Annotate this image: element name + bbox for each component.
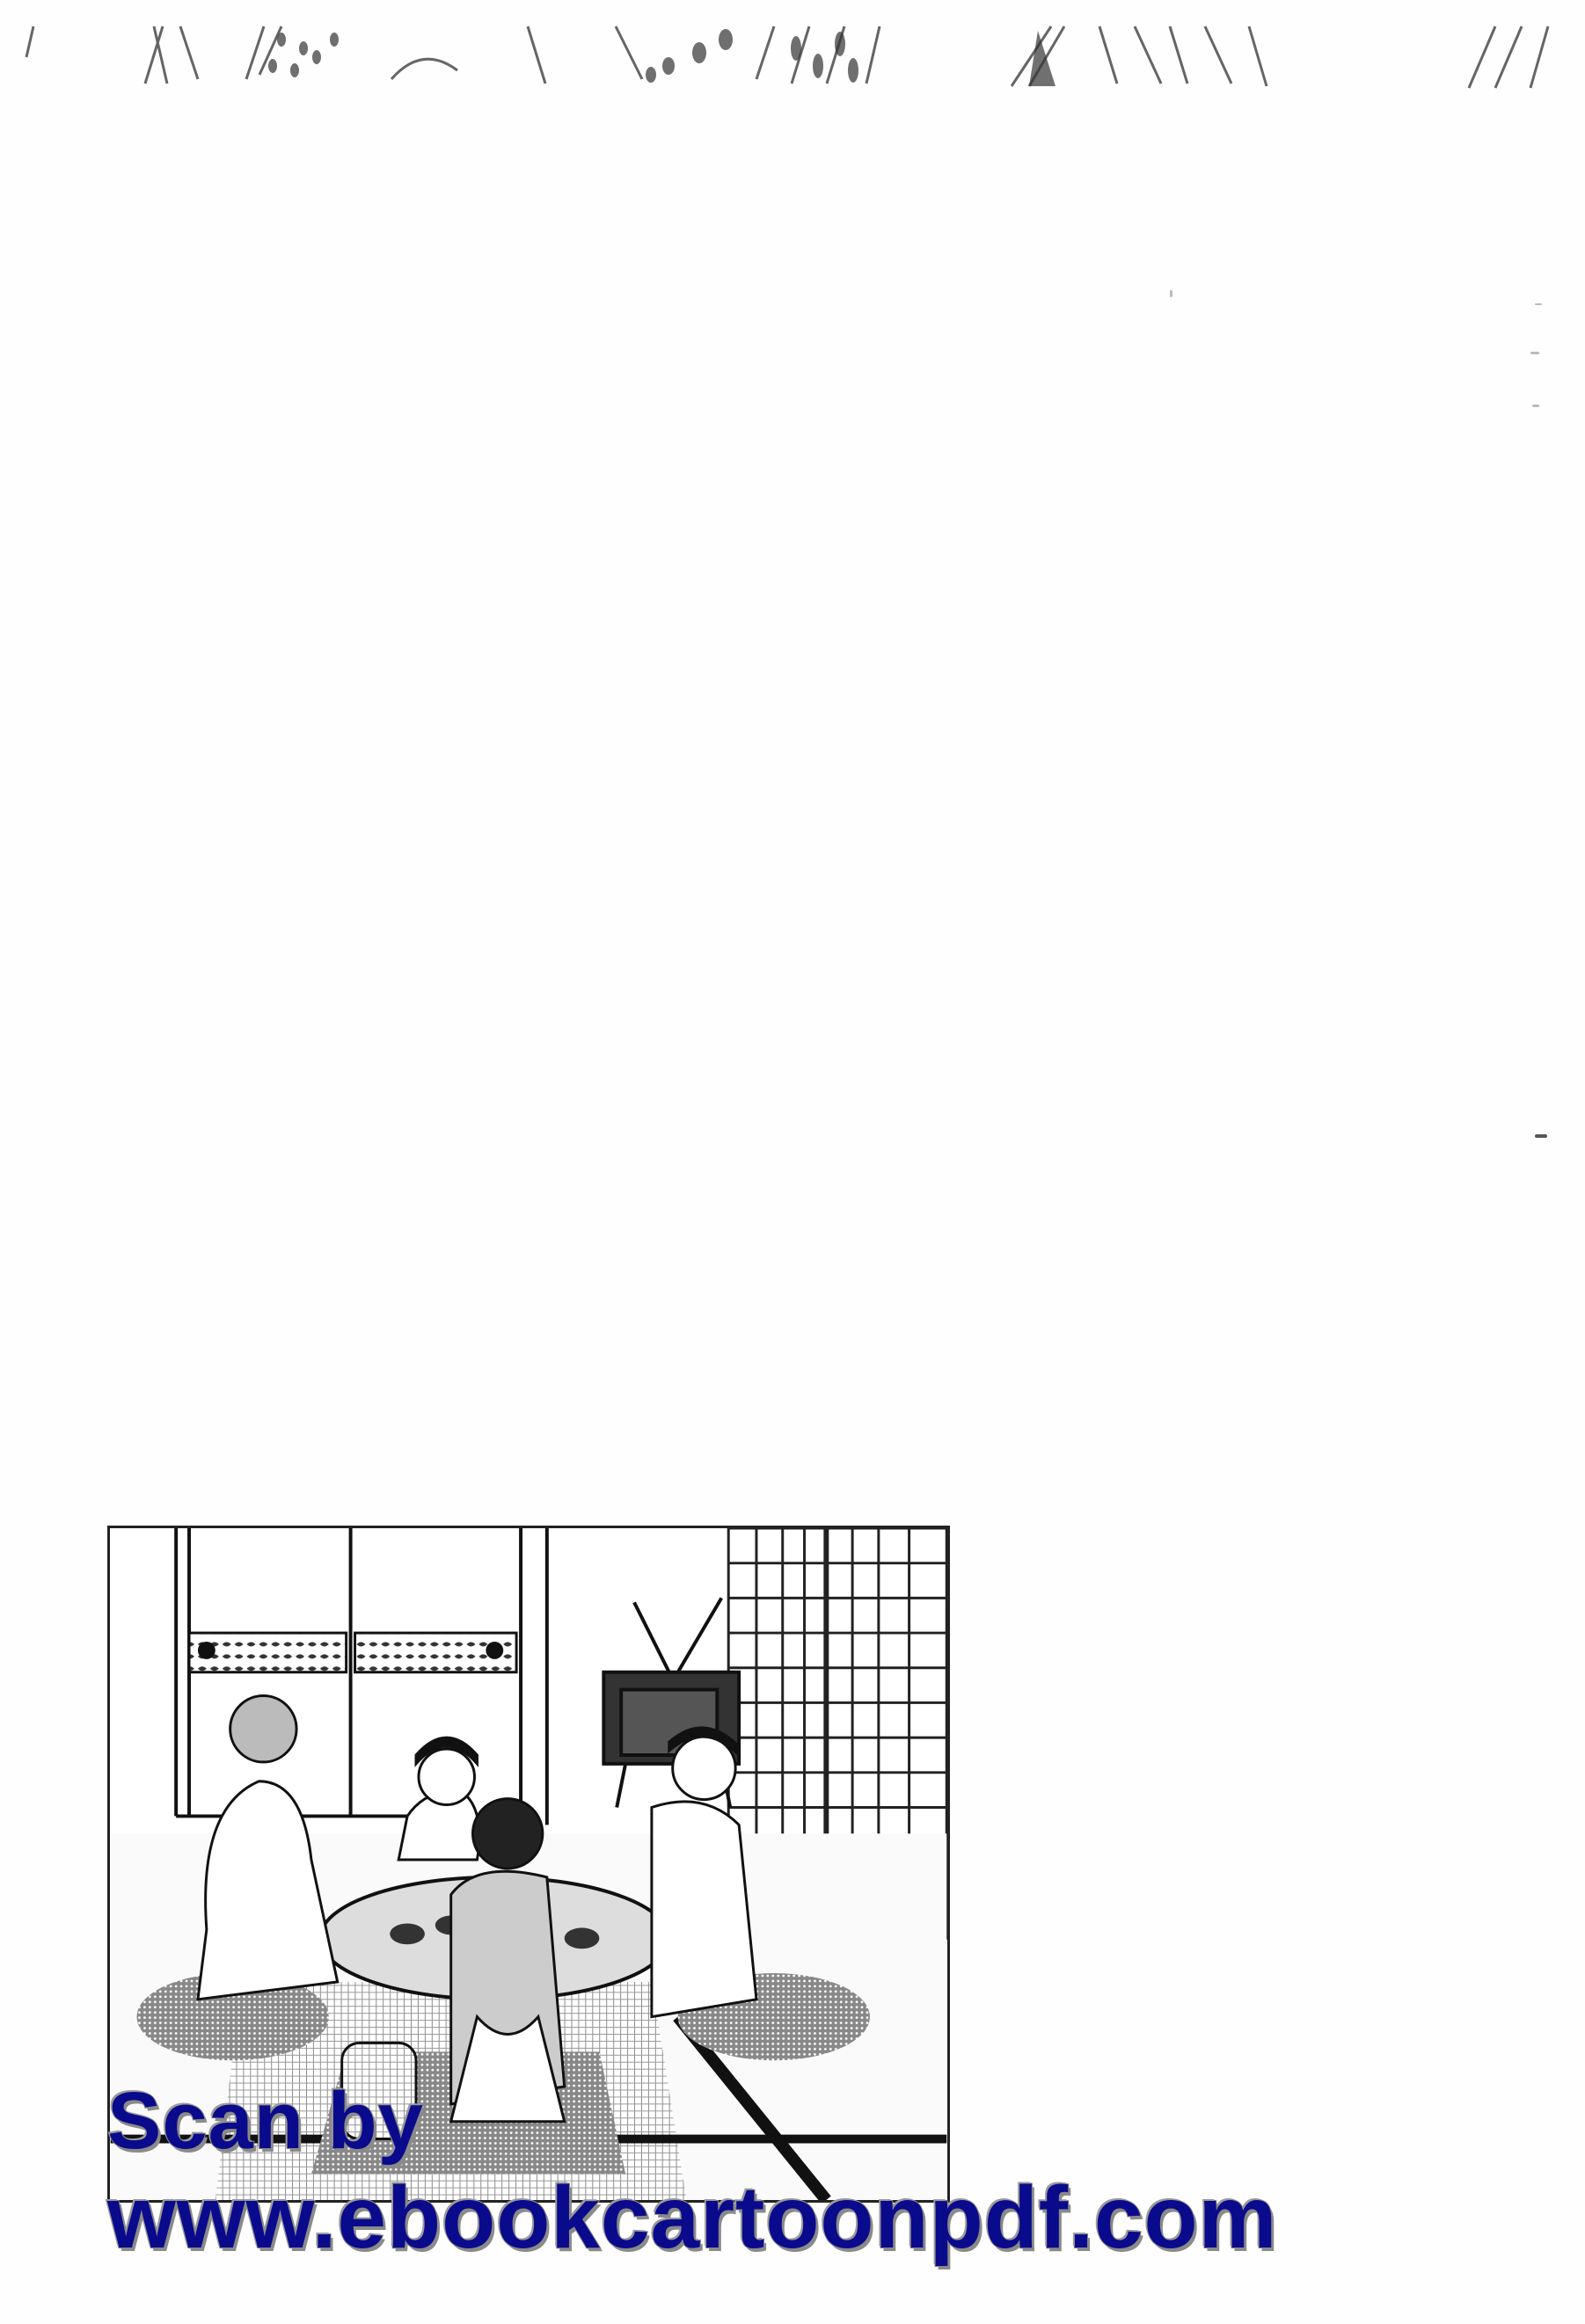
watermark-url: www.ebookcartoonpdf.com [107, 2167, 1277, 2269]
scan-speck [1532, 404, 1539, 407]
scan-speck [1170, 290, 1172, 297]
scan-speck [1535, 303, 1542, 305]
scan-speck [1535, 1134, 1547, 1138]
scan-speck [1530, 352, 1539, 354]
watermark-scan-by: Scan by [107, 2075, 424, 2167]
bleed-through-hatching [0, 0, 1585, 97]
comic-page: 6 Scan by www.ebookcartoonpdf.com [0, 0, 1585, 2324]
